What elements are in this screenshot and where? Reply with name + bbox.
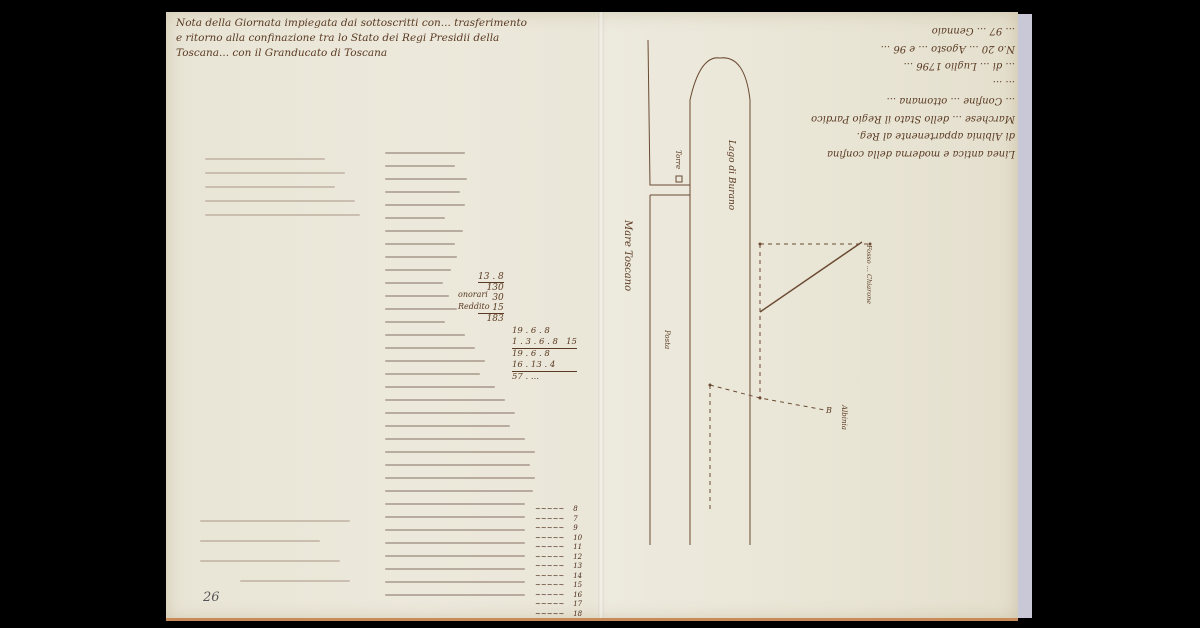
label-post: Posta	[663, 330, 671, 349]
label-marker-a: Fosso ... Chiarone	[865, 245, 873, 304]
label-lago: Lago di Burano	[726, 140, 736, 210]
label-tower: Torre	[674, 150, 682, 169]
label-letter: B	[826, 406, 832, 415]
map-sketch	[0, 0, 1200, 628]
label-mare: Mare Toscano	[622, 220, 633, 291]
label-marker-b: Albinia	[840, 405, 848, 430]
